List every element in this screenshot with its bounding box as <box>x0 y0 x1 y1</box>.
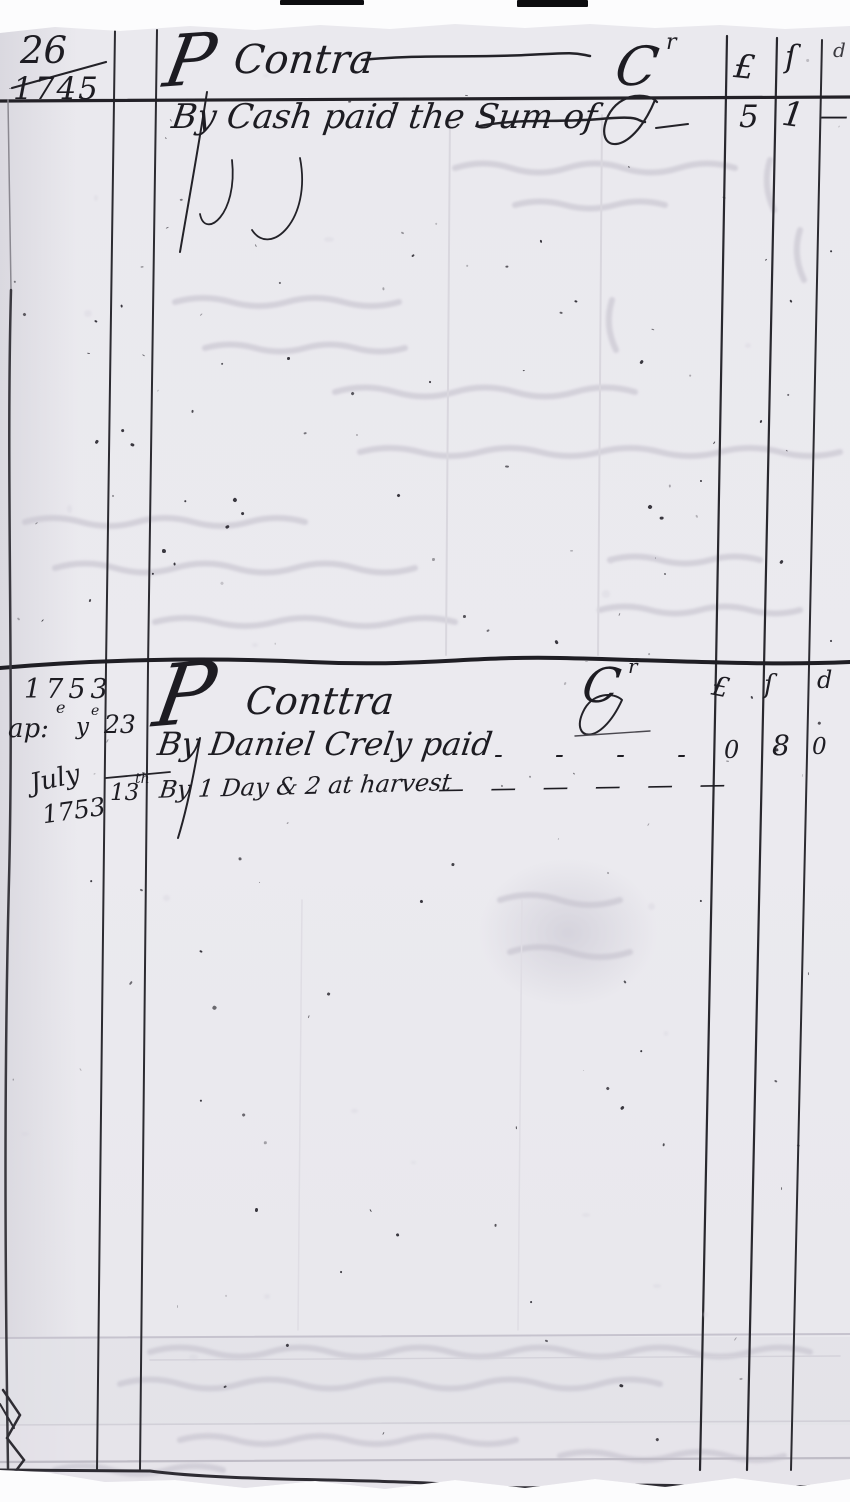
entry-text: By Daniel Crely paid <box>156 728 495 760</box>
bleed-through-band <box>0 1425 850 1495</box>
pounds-column-header: £ <box>732 49 756 84</box>
date-day2-superscript: th <box>135 772 150 786</box>
date-year: 1753 <box>24 676 113 703</box>
scan-artifact-bar <box>517 0 588 7</box>
credit-superscript: r <box>628 656 638 676</box>
credit-abbreviation: C <box>611 40 662 94</box>
pounds-column-header: £ <box>710 673 732 703</box>
entry-dashes: - - - - <box>494 742 686 768</box>
entry-text: By Cash paid the Sum of <box>170 100 599 134</box>
entry-text: By 1 Day & 2 at harvest <box>158 770 453 802</box>
pence-column-header: d <box>817 668 832 692</box>
date-month-superscript: e <box>56 700 65 716</box>
scanned-ledger-page: 26 1745 P Contra C r £ ſ d By Cash paid … <box>0 0 850 1502</box>
entry-pounds: 0 <box>724 738 739 762</box>
entry-pence: 0 <box>812 736 827 759</box>
credit-superscript: r <box>666 32 677 54</box>
entry-shillings: 1 <box>780 97 806 134</box>
ledger-paper: 26 1745 P Contra C r £ ſ d By Cash paid … <box>0 0 850 1502</box>
date-month-abbr: ap: <box>8 716 49 742</box>
shillings-column-header: ſ <box>785 42 796 73</box>
shillings-column-header: ſ <box>764 672 774 698</box>
entry-pence: — <box>820 102 848 130</box>
date-article: y <box>76 716 89 739</box>
bleed-through-band <box>0 1337 850 1425</box>
pence-column-header: d <box>833 40 846 60</box>
contra-heading: Contra <box>232 40 376 80</box>
entry-dashes: — — — — — — <box>438 771 726 802</box>
year-label: 1745 <box>13 74 100 105</box>
entry-shillings: 8 <box>772 732 790 760</box>
scan-artifact-bar <box>280 0 364 5</box>
contra-heading: Conttra <box>244 682 396 720</box>
credit-abbreviation: C <box>579 662 624 710</box>
entry-pounds: 5 <box>739 102 759 133</box>
date-article-superscript: e <box>91 704 99 718</box>
date-year2: 1753 <box>41 794 107 828</box>
folio-number: 26 <box>20 32 67 69</box>
bleed-through-stain <box>478 858 658 1008</box>
page-gutter-shading <box>0 26 78 1476</box>
per-symbol: P <box>159 22 221 97</box>
date-day: 23 <box>104 712 136 737</box>
